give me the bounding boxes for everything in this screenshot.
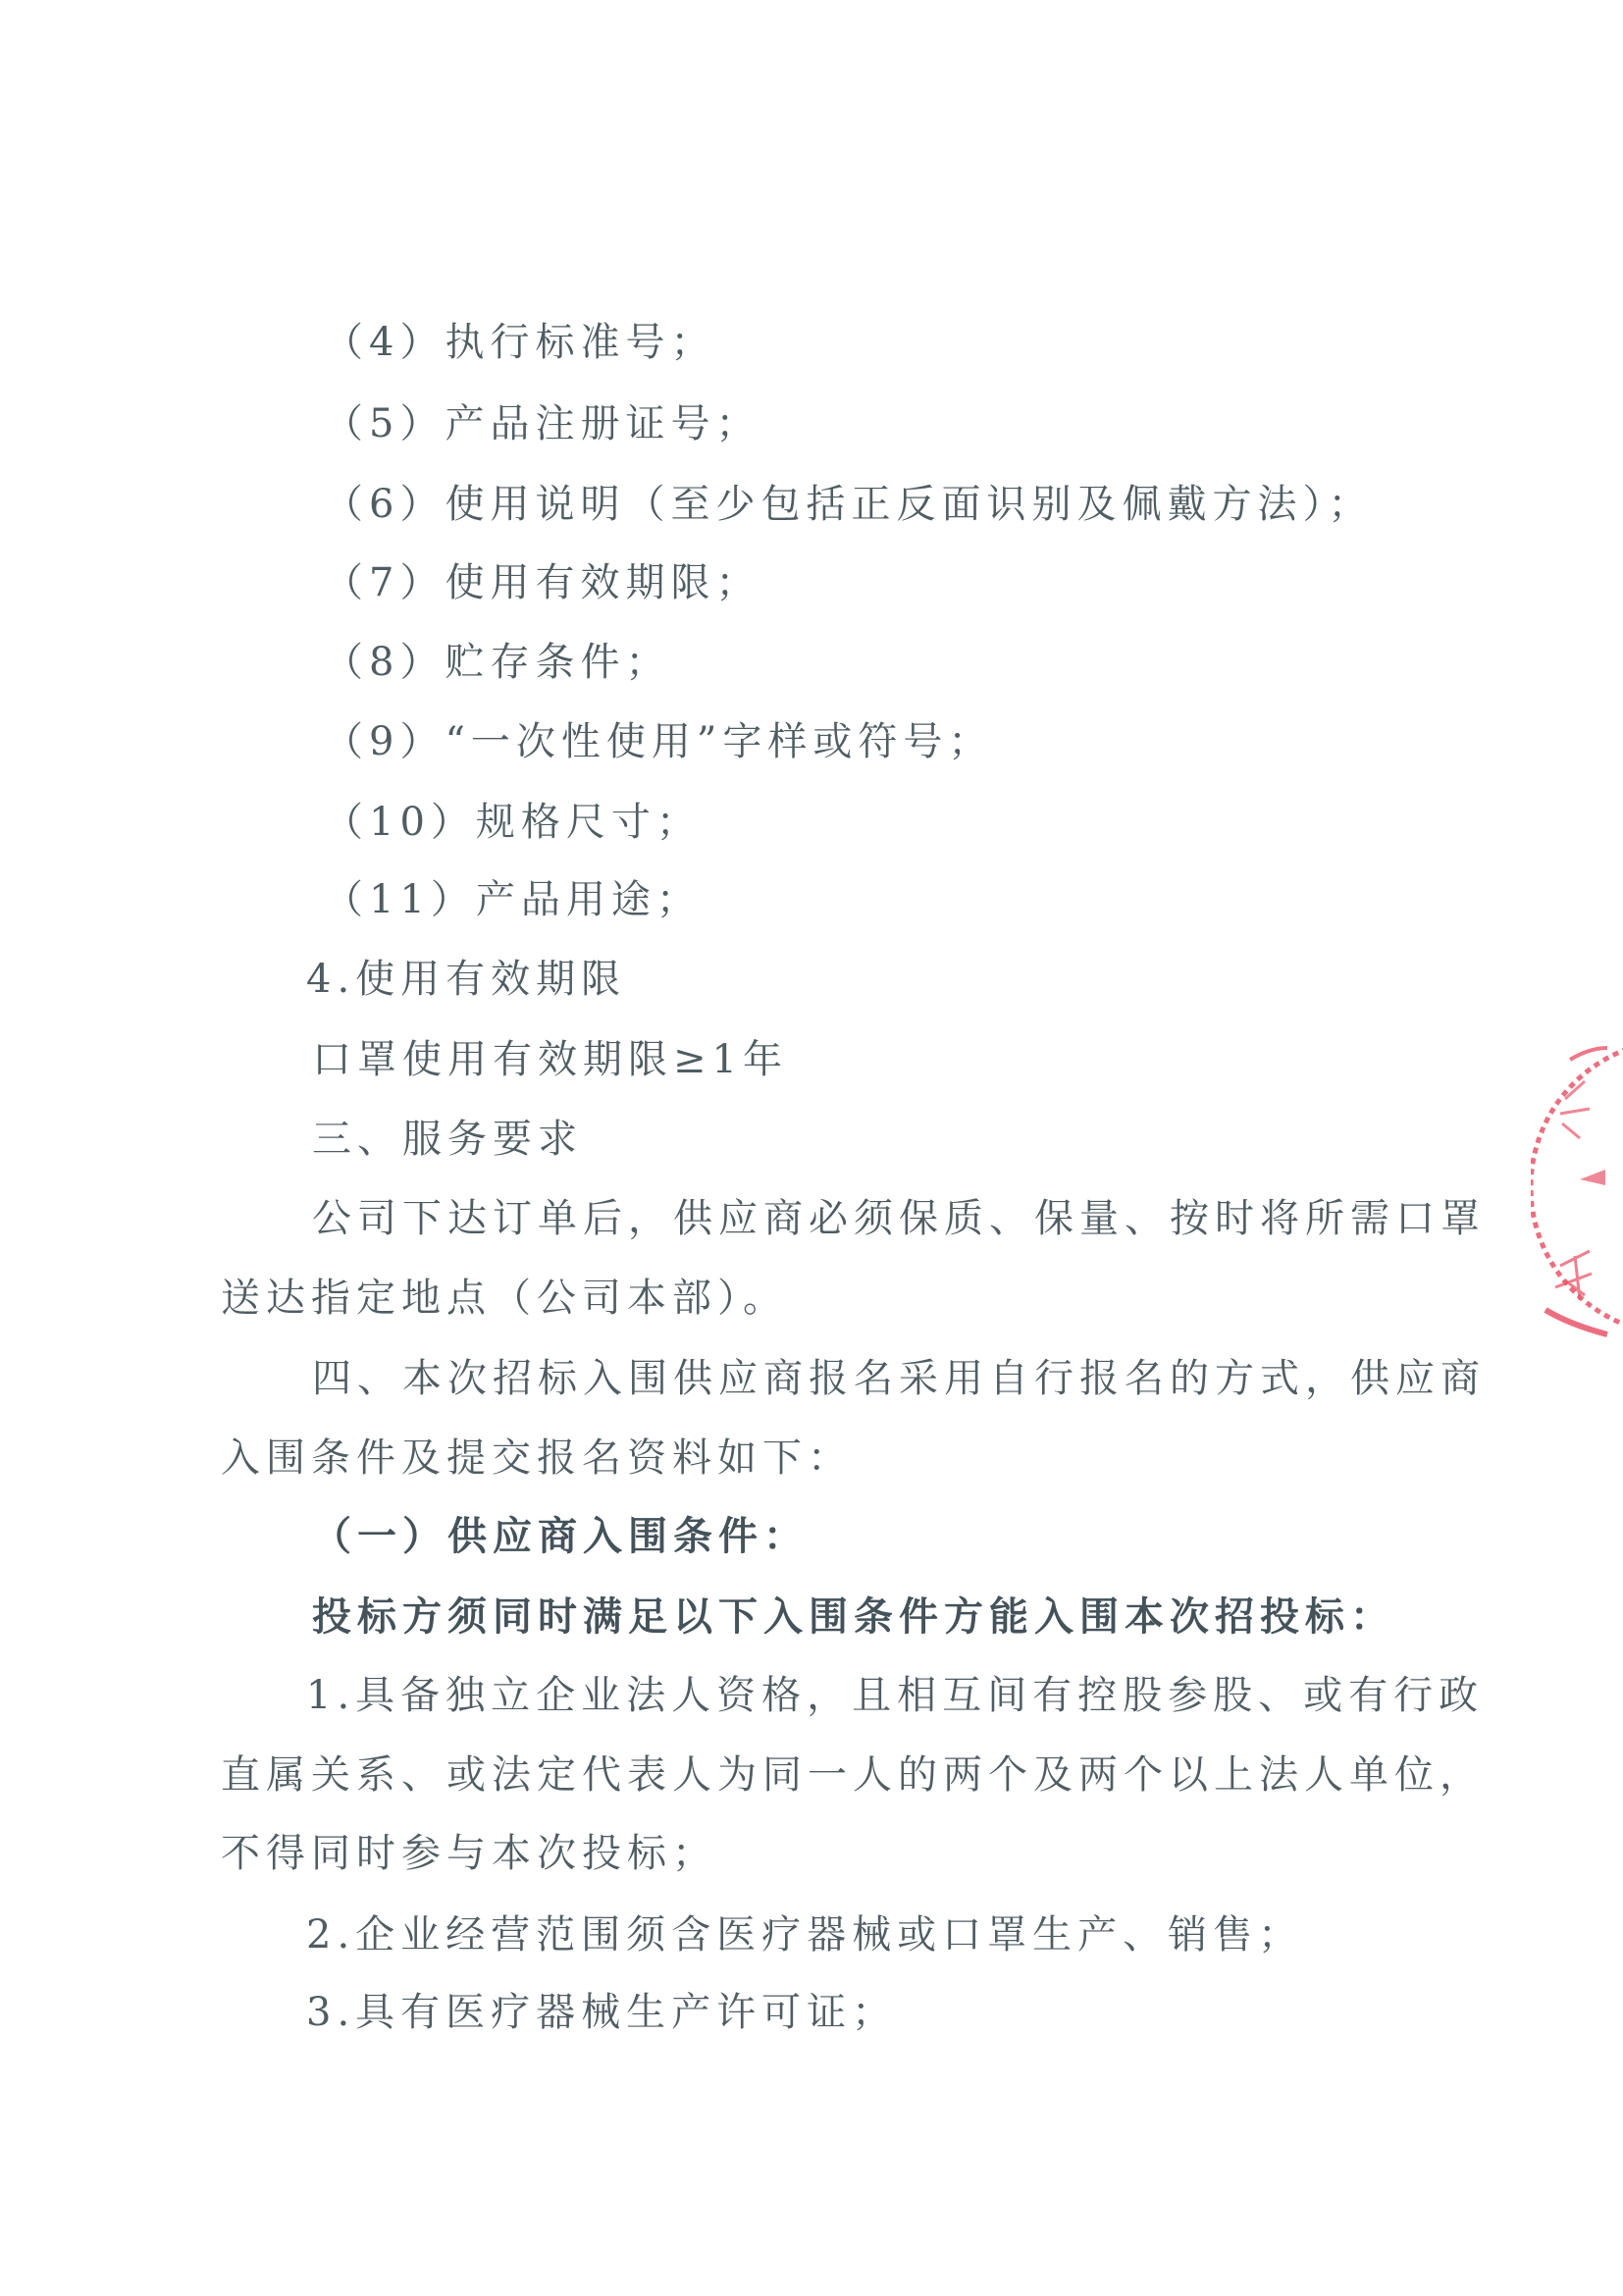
list-item-6: （6）使用说明（至少包括正反面识别及佩戴方法）； (324, 481, 1373, 528)
section-heading-registration-line2: 入围条件及提交报名资料如下： (221, 1435, 853, 1482)
list-item-4: （4）执行标准号； (324, 319, 715, 366)
paragraph-conditions-intro: 投标方须同时满足以下入围条件方能入围本次招投标： (312, 1593, 1395, 1641)
list-item-9: （9）“一次性使用”字样或符号； (324, 718, 993, 765)
condition-1-line2: 直属关系、或法定代表人为同一人的两个及两个以上法人单位， (221, 1751, 1485, 1799)
condition-1-line1: 1.具备独立企业法人资格，且相互间有控股参股、或有行政 (306, 1672, 1484, 1719)
section-heading-registration-line1: 四、本次招标入围供应商报名采用自行报名的方式，供应商 (312, 1355, 1486, 1402)
section-heading-service: 三、服务要求 (312, 1116, 583, 1163)
list-item-10: （10）规格尺寸； (324, 799, 702, 846)
paragraph-validity: 口罩使用有效期限≥1年 (312, 1036, 788, 1083)
list-item-5: （5）产品注册证号； (324, 400, 760, 447)
condition-2: 2.企业经营范围须含医疗器械或口罩生产、销售； (306, 1911, 1303, 1958)
condition-3: 3.具有医疗器械生产许可证； (306, 1989, 897, 2036)
list-item-11: （11）产品用途； (324, 876, 702, 923)
red-seal-stamp-icon (1531, 1030, 1623, 1344)
paragraph-service-line1: 公司下达订单后，供应商必须保质、保量、按时将所需口罩 (312, 1195, 1486, 1242)
paragraph-service-line2: 送达指定地点（公司本部）。 (221, 1275, 788, 1322)
condition-1-line3: 不得同时参与本次投标； (221, 1830, 717, 1877)
list-item-7: （7）使用有效期限； (324, 559, 760, 606)
subheading-supplier-conditions: （一）供应商入围条件： (312, 1513, 809, 1560)
list-item-8: （8）贮存条件； (324, 639, 670, 686)
document-page: （4）执行标准号； （5）产品注册证号； （6）使用说明（至少包括正反面识别及佩… (0, 0, 1623, 2296)
section-heading-validity: 4.使用有效期限 (306, 956, 626, 1003)
